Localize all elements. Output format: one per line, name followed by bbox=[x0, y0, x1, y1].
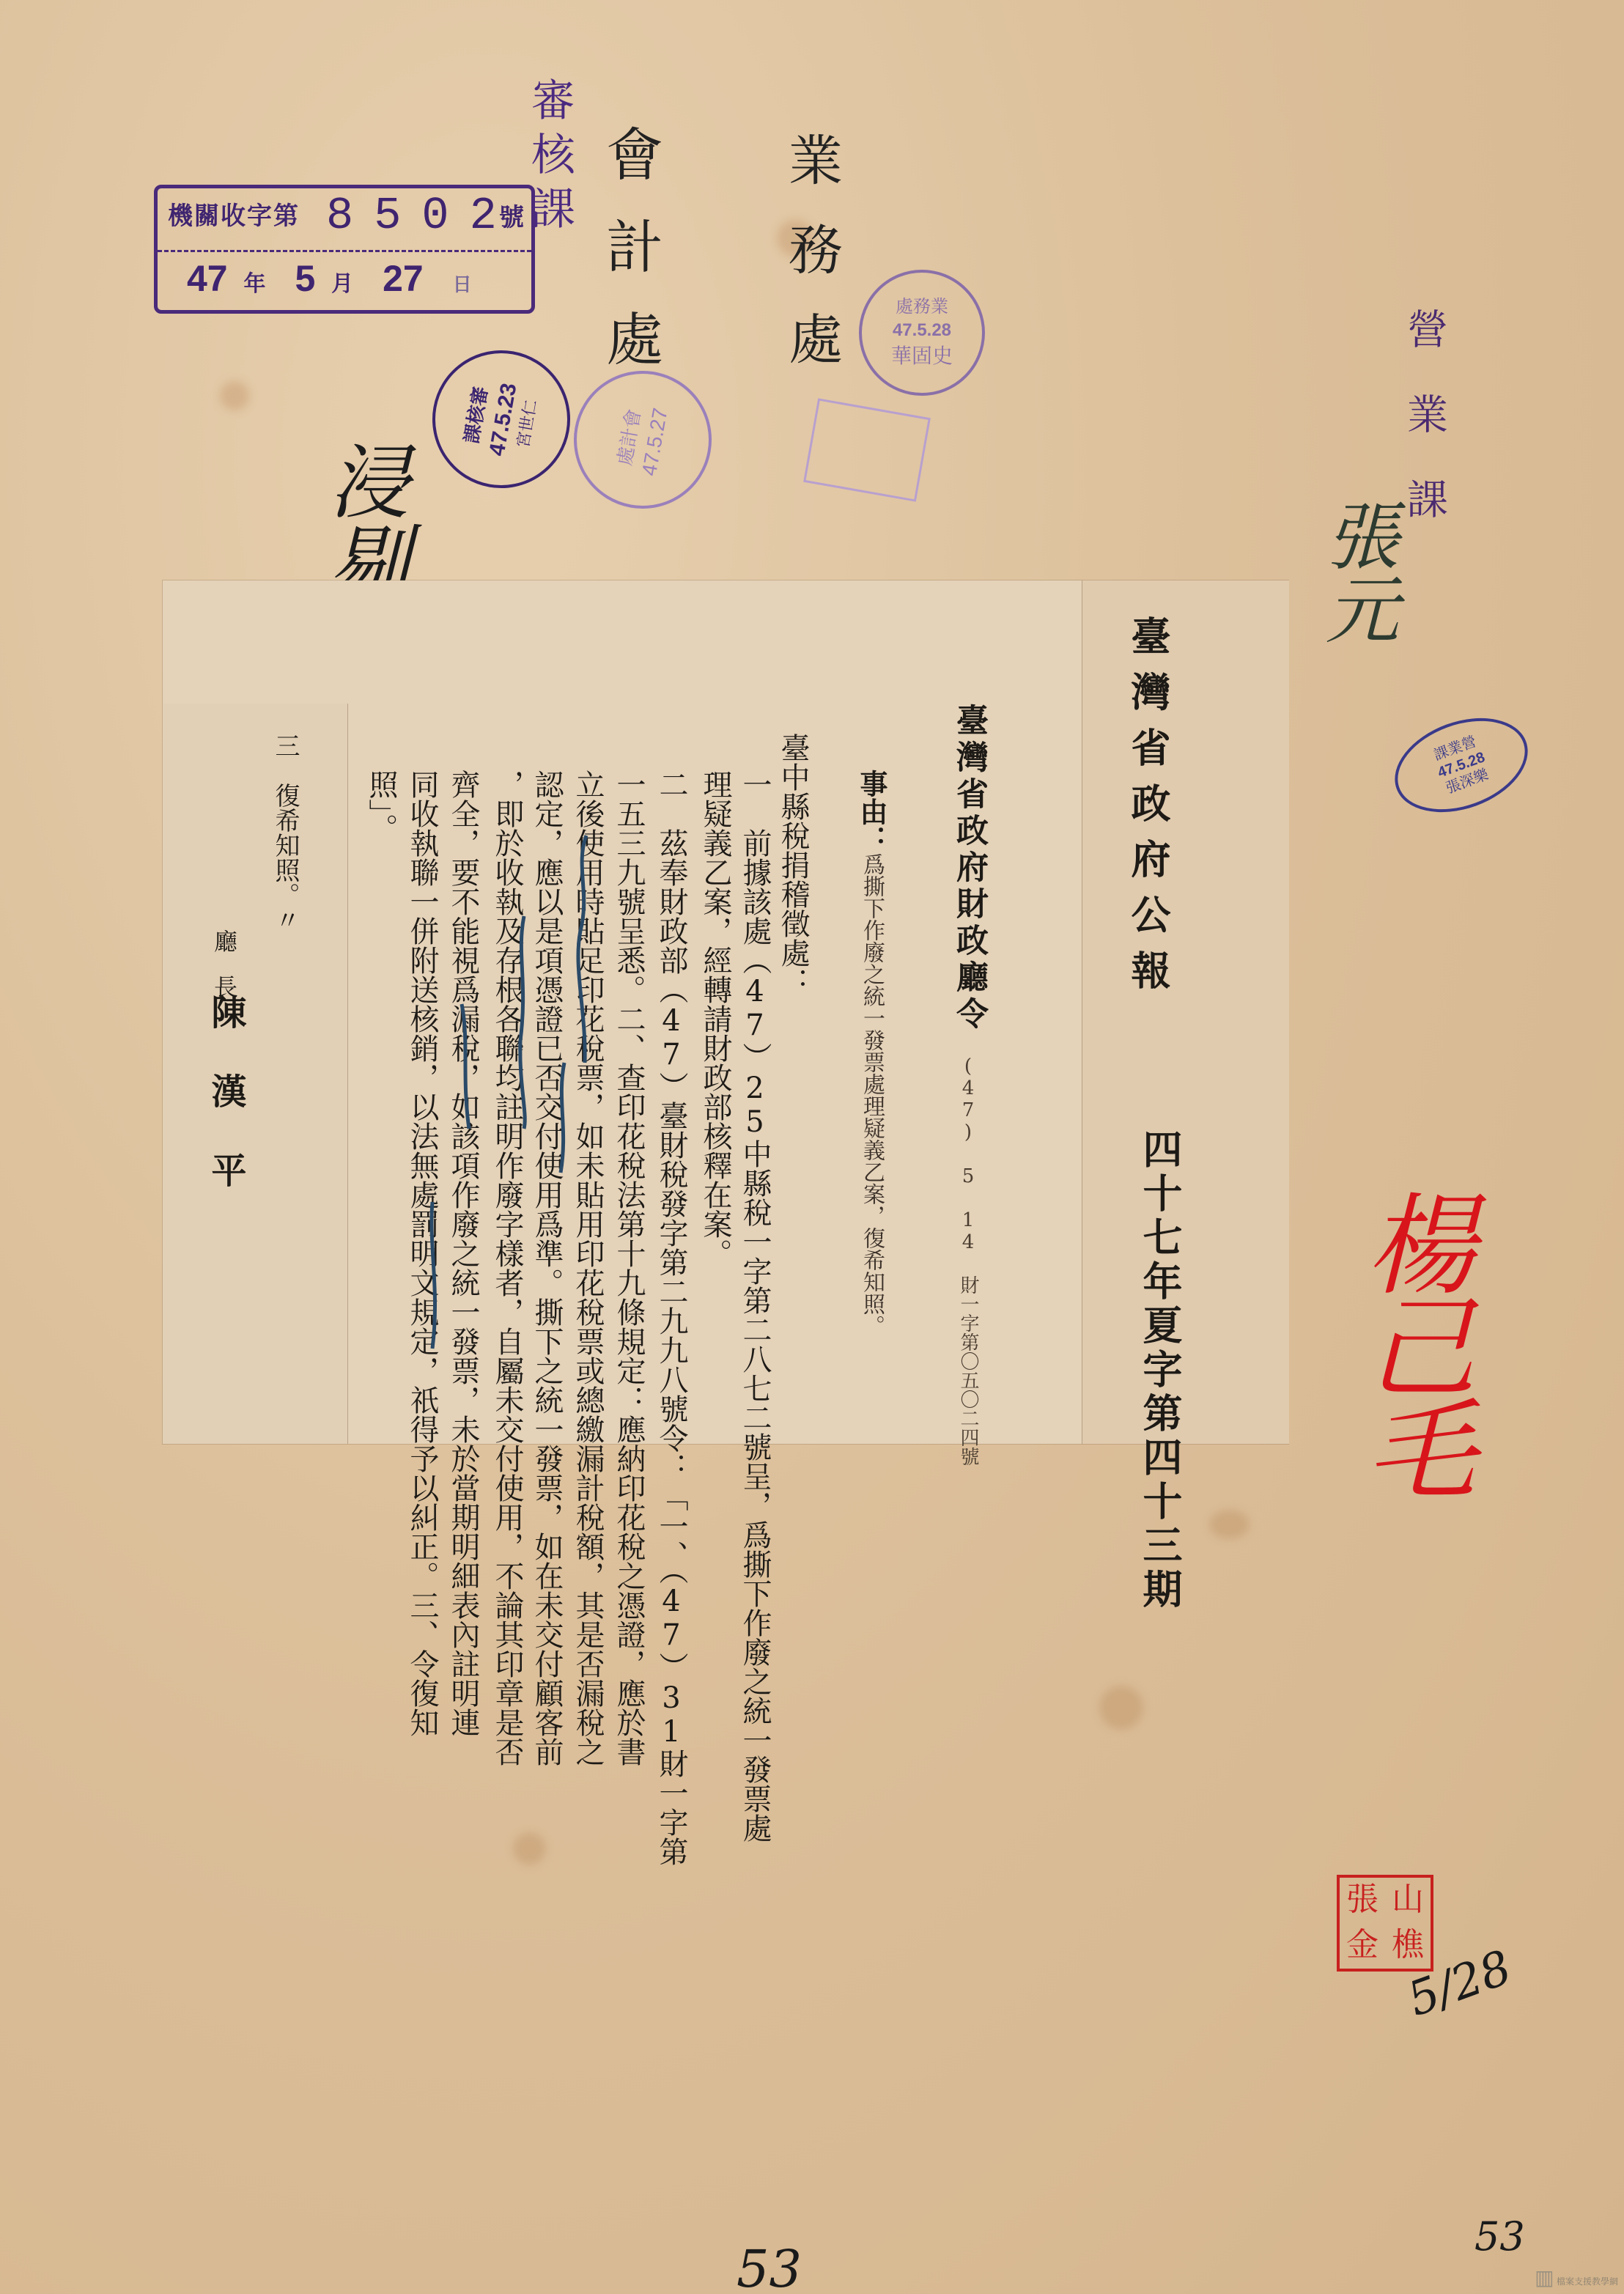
receipt-number: 8502 bbox=[326, 190, 517, 242]
subject-text: 爲撕下作廢之統一發票處理疑義乙案，復希知照。 bbox=[859, 853, 885, 1337]
business-office-label: 業務處 bbox=[784, 132, 838, 400]
gazette-clipping-signature-strip bbox=[163, 704, 348, 1444]
stain bbox=[1099, 1686, 1143, 1730]
business-section-date-stamp: 課業營 47.5.28 張深樂 bbox=[1381, 701, 1540, 829]
seal-char: 張 bbox=[1340, 1878, 1385, 1923]
body-column: 一 前據該處（47）25中縣稅一字第二八七二號呈，爲撕下作廢之統一發票處 bbox=[740, 770, 769, 1843]
receipt-date: 47 年 5 月 27 日 bbox=[187, 257, 472, 300]
addressee: 臺中縣稅捐稽徵處： bbox=[778, 733, 808, 997]
issue-number: 四十七年夏字第四十三期 bbox=[1140, 1129, 1180, 1612]
receipt-suffix: 號 bbox=[499, 197, 524, 233]
receipt-year: 47 bbox=[187, 258, 228, 299]
day-unit: 日 bbox=[453, 273, 472, 295]
seal-char: 金 bbox=[1340, 1923, 1385, 1969]
archive-watermark: ▥ 檔案支援教學網 bbox=[1535, 2265, 1618, 2290]
page-number-right: 53 bbox=[1474, 2213, 1525, 2260]
stamp-name: 華固史 bbox=[891, 342, 953, 370]
month-unit: 月 bbox=[331, 272, 353, 296]
handwritten-initials-right: 張元 bbox=[1319, 498, 1392, 645]
publication-title: 臺灣省政府公報 bbox=[1129, 616, 1168, 1006]
handwritten-initials-left: 浸剔 bbox=[322, 440, 403, 601]
business-date-stamp: 處務業 47.5.28 華固史 bbox=[859, 270, 985, 396]
body-column: 理疑義乙案，經轉請財政部核釋在案。 bbox=[701, 770, 730, 1268]
signatory-name: 陳漢平 bbox=[208, 994, 243, 1231]
stain bbox=[220, 381, 249, 410]
body-column: 二 茲奉財政部（47）臺財稅發字第二九九八號令：「一、（47）31財一字第 bbox=[657, 770, 686, 1866]
body-column: 照」。 bbox=[366, 770, 396, 843]
seal-char: 山 bbox=[1385, 1878, 1431, 1923]
red-signature: 楊己毛 bbox=[1356, 1187, 1466, 1495]
gazette-masthead-strip bbox=[1082, 580, 1289, 1444]
business-section-label: 營業課 bbox=[1403, 308, 1444, 563]
receipt-label: 機關收字第 bbox=[168, 196, 300, 232]
faded-rect-stamp bbox=[803, 398, 931, 501]
subject-line: 事由：爲撕下作廢之統一發票處理疑義乙案，復希知照。 bbox=[857, 770, 885, 1337]
stamp-date: 47.5.28 bbox=[891, 319, 953, 342]
page-number-center: 53 bbox=[737, 2239, 802, 2294]
order-title: 臺灣省政府財政廳令 bbox=[953, 704, 985, 1033]
body-column: 一五三九號呈悉。二、查印花稅法第十九條規定：應納印花稅之憑證，應於書 bbox=[614, 770, 643, 1766]
receipt-stamp: 機關收字第 8502 號 47 年 5 月 27 日 bbox=[154, 185, 535, 314]
stain bbox=[513, 1832, 546, 1865]
watermark-text: 檔案支援教學網 bbox=[1557, 2276, 1618, 2287]
order-number: (47) 5 14 財一字第〇五〇二四號 bbox=[959, 1055, 978, 1466]
seal-char: 樵 bbox=[1385, 1923, 1431, 1969]
subject-label: 事由： bbox=[855, 770, 888, 853]
audit-date-stamp: 課核審 47.5.23 宮世仁 bbox=[421, 339, 581, 499]
stamp-divider bbox=[158, 250, 531, 252]
blue-pencil-markings bbox=[410, 821, 601, 1378]
receipt-day: 27 bbox=[383, 258, 424, 299]
book-icon: ▥ bbox=[1535, 2266, 1554, 2289]
accounting-date-stamp: 處計會 47.5.27 bbox=[563, 360, 723, 520]
accounting-office-label: 會計處 bbox=[601, 125, 658, 402]
red-seal: 張 山 金 樵 bbox=[1337, 1875, 1433, 1972]
stamp-text: 處務業 bbox=[891, 295, 953, 319]
receipt-month: 5 bbox=[295, 258, 315, 299]
year-unit: 年 bbox=[244, 272, 266, 296]
closing-line: 三 復希知照。〃 bbox=[273, 733, 298, 932]
stain bbox=[1209, 1510, 1250, 1539]
